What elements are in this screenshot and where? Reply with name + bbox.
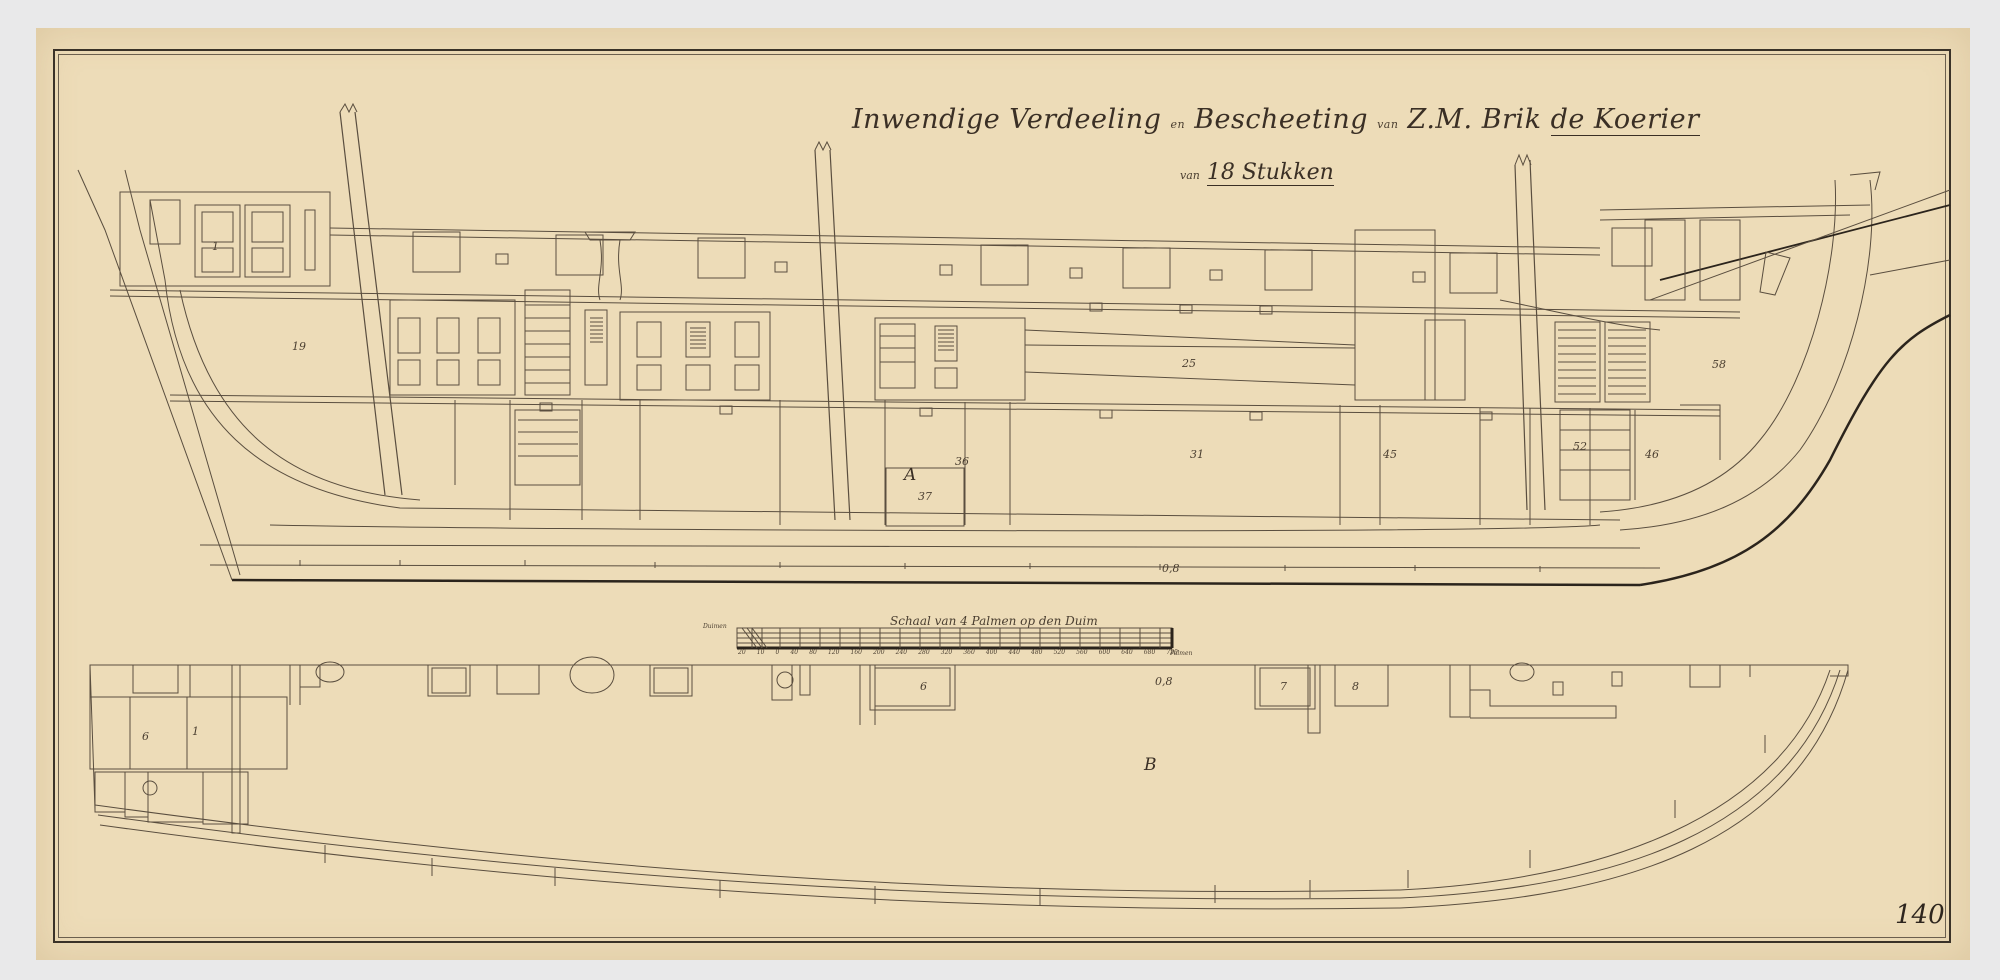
compartment-number: 52 [1573,440,1587,453]
ship-name: de Koerier [1551,104,1700,136]
scale-unit-left: Duimen [703,623,727,630]
scale-tick: 560 [1076,649,1087,656]
scale-tick: 0 [776,649,780,656]
compartment-number: 36 [955,455,969,468]
scale-bar [737,628,1172,648]
title-text-part: en [1170,118,1185,131]
compartment-number: 6 [920,680,927,693]
compartment-number: 6 [142,730,149,743]
scale-tick: 20 [738,649,746,656]
title-text-part: Inwendige Verdeeling [852,104,1161,135]
scale-tick: 80 [809,649,817,656]
scale-tick: 240 [896,649,907,656]
scale-tick: 360 [963,649,974,656]
compartment-number: 58 [1712,358,1726,371]
scale-bar-title: Schaal van 4 Palmen op den Duim [890,614,1098,628]
scale-tick: 720 [1166,649,1177,656]
ship-drawing [0,0,2000,980]
compartment-number: 8 [1352,680,1359,693]
compartment-number: 1 [192,725,199,738]
profile-view [78,104,1950,585]
compartment-number: 31 [1190,448,1204,461]
plan-view [90,657,1848,909]
view-label-plan: B [1144,755,1157,775]
compartment-number: 25 [1182,357,1196,370]
scale-tick: 120 [828,649,839,656]
scale-tick: 440 [1008,649,1019,656]
compartment-number: 45 [1383,448,1397,461]
scale-tick: 680 [1144,649,1155,656]
scale-tick: 400 [986,649,997,656]
ship-type: Z.M. Brik [1408,104,1542,135]
scale-tick: 520 [1054,649,1065,656]
title-text-part: van [1377,118,1398,131]
scale-tick-labels: 20 10 0 40 80 120 160 200 240 280 320 36… [738,649,1178,656]
drawing-subtitle: van 18 Stukken [1180,160,1334,185]
scale-tick: 600 [1099,649,1110,656]
compartment-number: 19 [292,340,306,353]
scale-tick: 280 [918,649,929,656]
scale-tick: 40 [790,649,798,656]
compartment-number: 1 [212,240,219,253]
gun-count: 18 Stukken [1207,160,1334,186]
scale-tick: 320 [941,649,952,656]
view-label-profile: A [904,465,916,485]
compartment-number: 46 [1645,448,1659,461]
subtitle-text-part: van [1180,169,1200,182]
scale-tick: 10 [757,649,765,656]
title-text-part: Bescheeting [1194,104,1368,135]
station-mark: 0,8 [1162,562,1180,575]
station-mark: 0,8 [1155,675,1173,688]
scale-tick: 200 [873,649,884,656]
scale-tick: 640 [1121,649,1132,656]
sheet-number: 140 [1895,900,1945,930]
scale-tick: 480 [1031,649,1042,656]
compartment-number: 7 [1280,680,1287,693]
scale-tick: 160 [851,649,862,656]
compartment-number: 37 [918,490,932,503]
drawing-title: Inwendige Verdeeling en Bescheeting van … [852,104,1700,135]
